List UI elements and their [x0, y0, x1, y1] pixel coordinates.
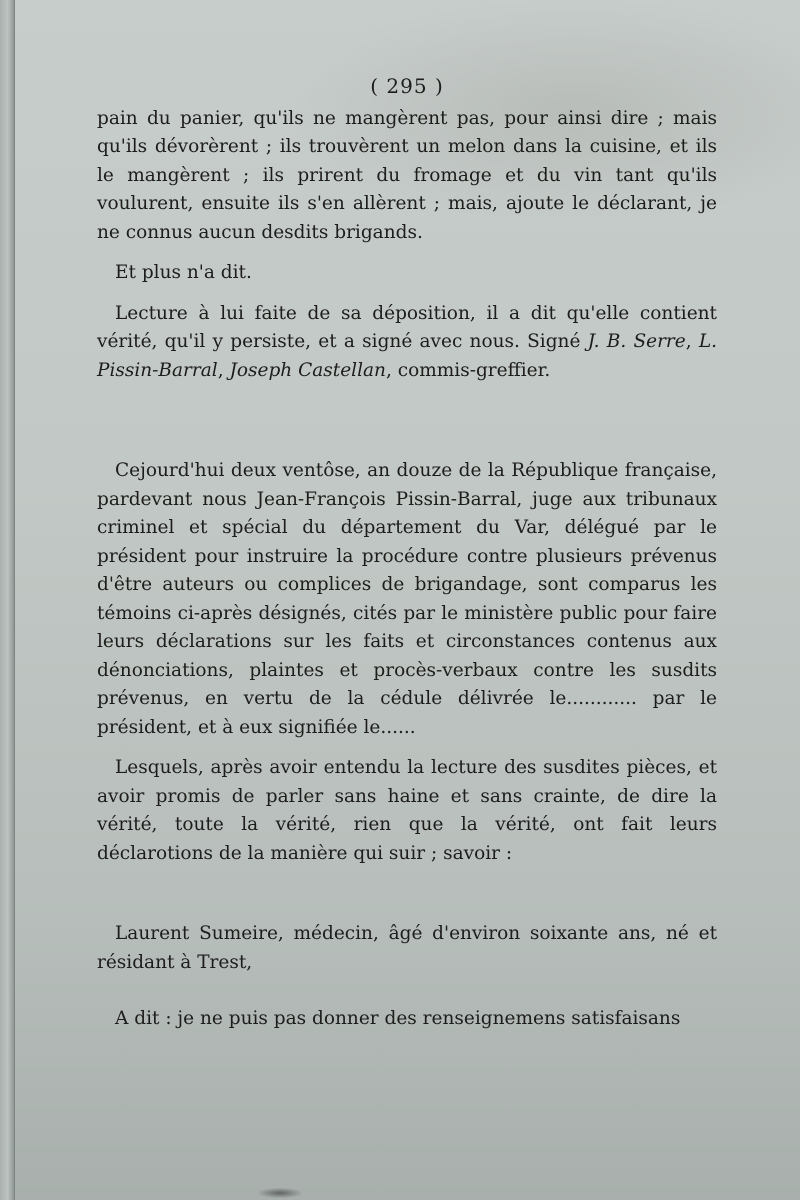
paragraph-lesquels: Lesquels, après avoir entendu la lecture…	[97, 754, 717, 868]
page-number: ( 295 )	[97, 72, 717, 101]
scanned-photo: ( 295 ) pain du panier, qu'ils ne mangèr…	[0, 0, 800, 1200]
separator: ,	[218, 360, 230, 381]
book-page: ( 295 ) pain du panier, qu'ils ne mangèr…	[15, 0, 800, 1200]
paragraph-et-plus: Et plus n'a dit.	[97, 259, 717, 288]
signature-serre: J. B. Serre	[588, 331, 686, 352]
paragraph-witness: Laurent Sumeire, médecin, âgé d'environ …	[97, 920, 717, 977]
section-spacer	[97, 385, 717, 457]
separator: ,	[686, 331, 699, 352]
spacer	[97, 742, 717, 754]
book-binding-edge	[0, 0, 15, 1200]
ink-smudge	[258, 1188, 302, 1198]
spacer	[97, 288, 717, 300]
spacer	[97, 977, 717, 1005]
paragraph-cejourdhui: Cejourd'hui deux ventôse, an douze de la…	[97, 457, 717, 742]
paragraph-continuation: pain du panier, qu'ils ne mangèrent pas,…	[97, 105, 717, 248]
paragraph-lecture: Lecture à lui faite de sa déposition, il…	[97, 300, 717, 386]
signature-castellan: Joseph Castellan	[229, 360, 385, 381]
paragraph-a-dit: A dit : je ne puis pas donner des rensei…	[97, 1005, 717, 1034]
section-spacer	[97, 868, 717, 920]
lecture-text-end: , commis-greffier.	[386, 360, 550, 381]
spacer	[97, 247, 717, 259]
page-text-block: ( 295 ) pain du panier, qu'ils ne mangèr…	[97, 72, 717, 1034]
